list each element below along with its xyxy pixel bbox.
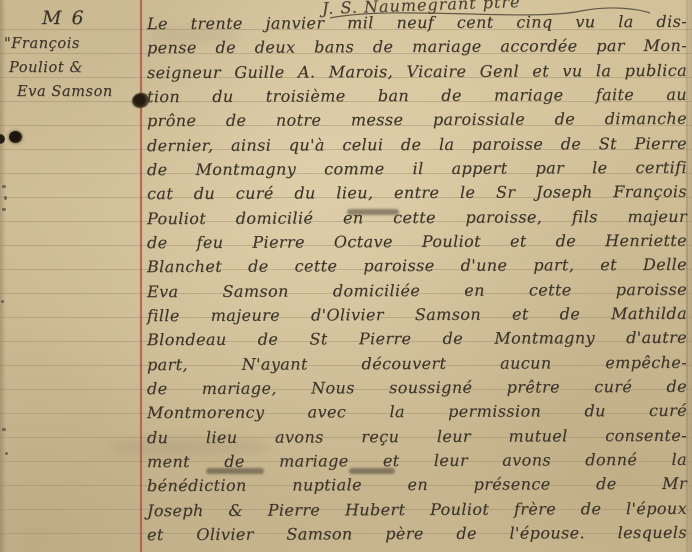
ink-speck [4, 196, 7, 200]
manuscript-line: pense de deux bans de mariage accordée p… [147, 36, 687, 62]
manuscript-line: de Montmagny comme il appert par le cert… [147, 158, 687, 184]
margin-bride-name: Eva Samson [17, 84, 113, 100]
manuscript-line: Montmorency avec la permission du curé [147, 401, 687, 427]
margin-groom-surname: Pouliot & [9, 60, 83, 76]
manuscript-line: et Olivier Samson père de l'épouse. lesq… [147, 523, 687, 549]
register-page-scan: J. S. Naumegrant ptre M 6 "François Poul… [0, 0, 692, 552]
manuscript-line: Blanchet de cette paroisse d'une part, e… [147, 255, 687, 281]
manuscript-line: tion du troisième ban de mariage faite a… [147, 85, 687, 111]
hole-punch-edge [0, 134, 5, 144]
manuscript-line: Blondeau de St Pierre de Montmagny d'aut… [147, 328, 687, 354]
ink-speck [2, 428, 6, 431]
manuscript-line: du lieu avons reçu leur mutuel consente- [147, 426, 687, 452]
manuscript-line: dernier, ainsi qu'à celui de la paroisse… [147, 134, 687, 160]
margin-entry-number: M 6 [42, 7, 86, 29]
manuscript-line: de mariage, Nous soussigné prêtre curé d… [147, 377, 687, 403]
manuscript-line: fille majeure d'Olivier Samson et de Mat… [147, 304, 687, 330]
manuscript-line: Joseph & Pierre Hubert Pouliot frère de … [147, 499, 687, 525]
manuscript-line: Pouliot domicilié en cette paroisse, fil… [147, 207, 687, 233]
manuscript-line: part, N'ayant découvert aucun empêche- [147, 353, 687, 379]
manuscript-line: de feu Pierre Octave Pouliot et de Henri… [147, 231, 687, 257]
margin-rule-line [140, 0, 142, 552]
ink-speck [2, 185, 6, 188]
hole-punch [9, 131, 22, 143]
ink-speck [1, 300, 4, 303]
ink-speck [5, 452, 8, 455]
manuscript-line: Le trente janvier mil neuf cent cinq vu … [147, 12, 687, 38]
manuscript-line: ment de mariage et leur avons donné la [147, 450, 687, 476]
manuscript-line: seigneur Guille A. Marois, Vicaire Genl … [147, 61, 687, 87]
ink-speck [2, 208, 6, 211]
manuscript-line: cat du curé du lieu, entre le Sr Joseph … [147, 182, 687, 208]
manuscript-line: prône de notre messe paroissiale de dima… [147, 109, 687, 135]
margin-groom-firstname: "François [4, 36, 80, 52]
manuscript-line: Eva Samson domiciliée en cette paroisse [147, 280, 687, 306]
manuscript-line: bénédiction nuptiale en présence de Mr [147, 474, 687, 500]
